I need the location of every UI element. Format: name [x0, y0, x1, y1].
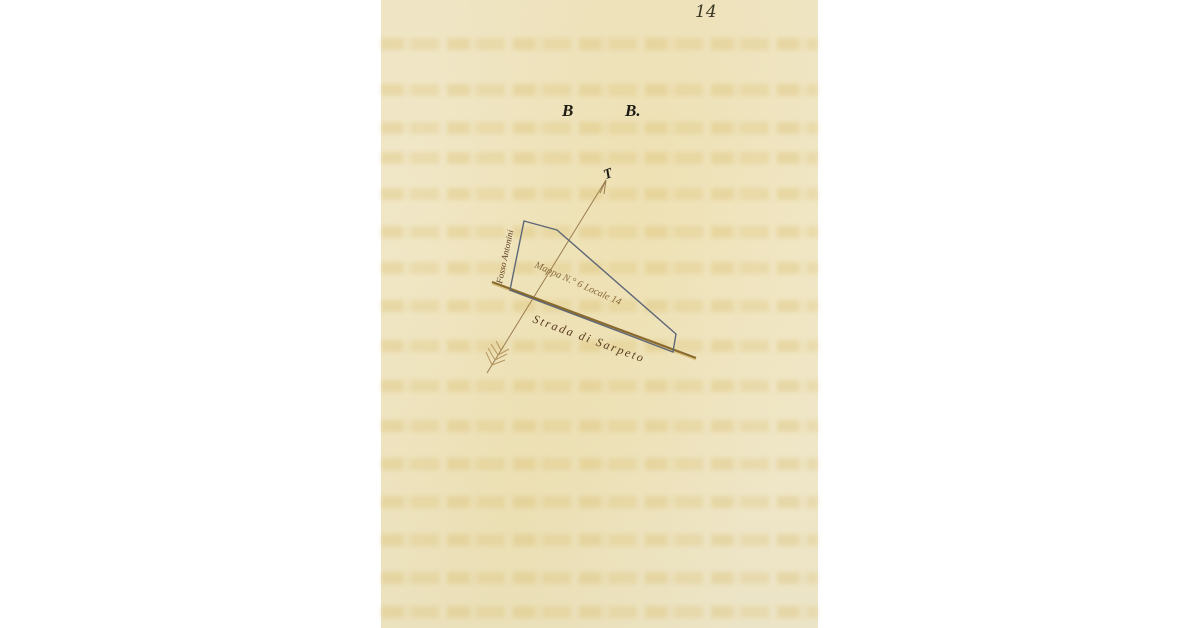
north-marker-label: T — [602, 166, 617, 184]
cadastral-map-sketch: T Fosso Antonini Mappa N.° 6 Locale 14 S… — [0, 0, 1200, 628]
arrow-fletching-icon — [486, 341, 509, 365]
parcel-label: Mappa N.° 6 Locale 14 — [532, 259, 623, 308]
arrow-tip-icon — [600, 180, 606, 194]
